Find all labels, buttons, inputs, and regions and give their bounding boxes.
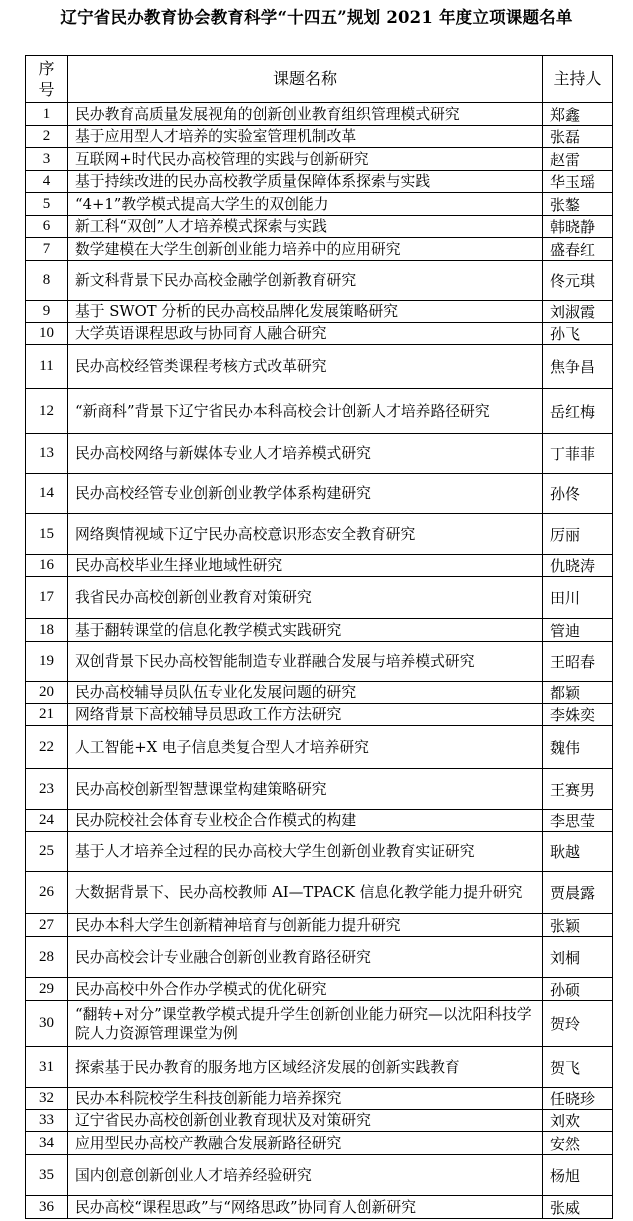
row-project-name: 基于翻转课堂的信息化教学模式实践研究	[68, 619, 543, 642]
row-host-name: 张鏊	[543, 193, 613, 216]
table-row: 21网络背景下高校辅导员思政工作方法研究李姝奕	[26, 704, 613, 726]
row-serial-number: 8	[26, 261, 68, 301]
row-host-name: 管迪	[543, 619, 613, 642]
row-project-name: 数学建模在大学生创新创业能力培养中的应用研究	[68, 238, 543, 261]
row-host-name: 韩晓静	[543, 216, 613, 238]
table-row: 19双创背景下民办高校智能制造专业群融合发展与培养模式研究王昭春	[26, 642, 613, 682]
row-host-name: 孙飞	[543, 323, 613, 345]
table-row: 8新文科背景下民办高校金融学创新教育研究佟元琪	[26, 261, 613, 301]
row-host-name: 刘淑霞	[543, 301, 613, 323]
table-row: 33辽宁省民办高校创新创业教育现状及对策研究刘欢	[26, 1110, 613, 1132]
row-serial-number: 24	[26, 810, 68, 832]
row-serial-number: 13	[26, 434, 68, 474]
table-row: 2基于应用型人才培养的实验室管理机制改革张磊	[26, 126, 613, 148]
row-host-name: 刘桐	[543, 937, 613, 978]
table-row: 5“4+1”教学模式提高大学生的双创能力张鏊	[26, 193, 613, 216]
row-serial-number: 20	[26, 682, 68, 704]
row-serial-number: 33	[26, 1110, 68, 1132]
row-host-name: 贺玲	[543, 1001, 613, 1047]
table-body: 1民办教育高质量发展视角的创新创业教育组织管理模式研究郑鑫2基于应用型人才培养的…	[26, 103, 613, 1219]
row-host-name: 仇晓涛	[543, 555, 613, 577]
row-serial-number: 19	[26, 642, 68, 682]
row-project-name: 大学英语课程思政与协同育人融合研究	[68, 323, 543, 345]
row-serial-number: 29	[26, 978, 68, 1001]
row-serial-number: 21	[26, 704, 68, 726]
row-host-name: 张威	[543, 1196, 613, 1219]
table-row: 34应用型民办高校产教融合发展新路径研究安然	[26, 1132, 613, 1155]
row-project-name: 民办高校辅导员队伍专业化发展问题的研究	[68, 682, 543, 704]
row-host-name: 杨旭	[543, 1155, 613, 1196]
row-project-name: 国内创意创新创业人才培养经验研究	[68, 1155, 543, 1196]
table-row: 25基于人才培养全过程的民办高校大学生创新创业教育实证研究耿越	[26, 832, 613, 872]
row-project-name: 民办高校网络与新媒体专业人才培养模式研究	[68, 434, 543, 474]
row-project-name: 新工科“双创”人才培养模式探索与实践	[68, 216, 543, 238]
row-serial-number: 10	[26, 323, 68, 345]
row-project-name: 应用型民办高校产教融合发展新路径研究	[68, 1132, 543, 1155]
row-serial-number: 18	[26, 619, 68, 642]
row-host-name: 田川	[543, 577, 613, 619]
header-serial-line1: 序	[38, 59, 54, 78]
header-serial-number: 序 号	[26, 56, 68, 103]
row-host-name: 王赛男	[543, 769, 613, 810]
row-serial-number: 26	[26, 872, 68, 914]
row-host-name: 李思莹	[543, 810, 613, 832]
row-project-name: 民办教育高质量发展视角的创新创业教育组织管理模式研究	[68, 103, 543, 126]
table-row: 10大学英语课程思政与协同育人融合研究孙飞	[26, 323, 613, 345]
row-host-name: 佟元琪	[543, 261, 613, 301]
project-list-table: 序 号 课题名称 主持人 1民办教育高质量发展视角的创新创业教育组织管理模式研究…	[25, 55, 613, 1219]
header-host: 主持人	[543, 56, 613, 103]
row-project-name: 民办高校毕业生择业地域性研究	[68, 555, 543, 577]
row-project-name: “4+1”教学模式提高大学生的双创能力	[68, 193, 543, 216]
row-host-name: 厉丽	[543, 514, 613, 555]
row-host-name: 孙硕	[543, 978, 613, 1001]
document-title: 辽宁省民办教育协会教育科学“十四五”规划 2021 年度立项课题名单	[0, 6, 633, 30]
row-serial-number: 5	[26, 193, 68, 216]
row-project-name: 互联网+时代民办高校管理的实践与创新研究	[68, 148, 543, 171]
row-host-name: 王昭春	[543, 642, 613, 682]
row-project-name: 大数据背景下、民办高校教师 AI—TPACK 信息化教学能力提升研究	[68, 872, 543, 914]
row-host-name: 岳红梅	[543, 389, 613, 434]
row-project-name: 民办本科大学生创新精神培育与创新能力提升研究	[68, 914, 543, 937]
table-row: 1民办教育高质量发展视角的创新创业教育组织管理模式研究郑鑫	[26, 103, 613, 126]
table-header-row: 序 号 课题名称 主持人	[26, 56, 613, 103]
row-project-name: 民办高校经管专业创新创业教学体系构建研究	[68, 474, 543, 514]
table-row: 6新工科“双创”人才培养模式探索与实践韩晓静	[26, 216, 613, 238]
row-serial-number: 12	[26, 389, 68, 434]
row-host-name: 贺飞	[543, 1047, 613, 1088]
table-row: 16民办高校毕业生择业地域性研究仇晓涛	[26, 555, 613, 577]
row-host-name: 赵雷	[543, 148, 613, 171]
table-row: 23民办高校创新型智慧课堂构建策略研究王赛男	[26, 769, 613, 810]
row-project-name: 网络背景下高校辅导员思政工作方法研究	[68, 704, 543, 726]
row-serial-number: 3	[26, 148, 68, 171]
table-row: 14民办高校经管专业创新创业教学体系构建研究孙佟	[26, 474, 613, 514]
row-serial-number: 34	[26, 1132, 68, 1155]
row-project-name: “新商科”背景下辽宁省民办本科高校会计创新人才培养路径研究	[68, 389, 543, 434]
row-project-name: 民办高校会计专业融合创新创业教育路径研究	[68, 937, 543, 978]
row-project-name: 新文科背景下民办高校金融学创新教育研究	[68, 261, 543, 301]
row-project-name: 基于人才培养全过程的民办高校大学生创新创业教育实证研究	[68, 832, 543, 872]
row-project-name: 基于 SWOT 分析的民办高校品牌化发展策略研究	[68, 301, 543, 323]
row-host-name: 郑鑫	[543, 103, 613, 126]
table-row: 11民办高校经管类课程考核方式改革研究焦争昌	[26, 345, 613, 389]
table-row: 9基于 SWOT 分析的民办高校品牌化发展策略研究刘淑霞	[26, 301, 613, 323]
row-host-name: 张磊	[543, 126, 613, 148]
row-serial-number: 36	[26, 1196, 68, 1219]
row-project-name: 我省民办高校创新创业教育对策研究	[68, 577, 543, 619]
row-project-name: 人工智能+X 电子信息类复合型人才培养研究	[68, 726, 543, 769]
table-row: 13民办高校网络与新媒体专业人才培养模式研究丁菲菲	[26, 434, 613, 474]
row-host-name: 华玉瑶	[543, 171, 613, 193]
row-host-name: 安然	[543, 1132, 613, 1155]
table-row: 26大数据背景下、民办高校教师 AI—TPACK 信息化教学能力提升研究贾晨露	[26, 872, 613, 914]
table-row: 18基于翻转课堂的信息化教学模式实践研究管迪	[26, 619, 613, 642]
table-row: 27民办本科大学生创新精神培育与创新能力提升研究张颖	[26, 914, 613, 937]
row-project-name: 探索基于民办教育的服务地方区域经济发展的创新实践教育	[68, 1047, 543, 1088]
row-serial-number: 1	[26, 103, 68, 126]
row-project-name: 民办院校社会体育专业校企合作模式的构建	[68, 810, 543, 832]
row-serial-number: 23	[26, 769, 68, 810]
row-project-name: 基于应用型人才培养的实验室管理机制改革	[68, 126, 543, 148]
table-row: 17我省民办高校创新创业教育对策研究田川	[26, 577, 613, 619]
row-serial-number: 35	[26, 1155, 68, 1196]
row-serial-number: 14	[26, 474, 68, 514]
row-host-name: 张颖	[543, 914, 613, 937]
row-host-name: 李姝奕	[543, 704, 613, 726]
row-project-name: 民办本科院校学生科技创新能力培养探究	[68, 1088, 543, 1110]
table-row: 35国内创意创新创业人才培养经验研究杨旭	[26, 1155, 613, 1196]
row-project-name: “翻转+对分”课堂教学模式提升学生创新创业能力研究—以沈阳科技学院人力资源管理课…	[68, 1001, 543, 1047]
row-host-name: 孙佟	[543, 474, 613, 514]
table-row: 22人工智能+X 电子信息类复合型人才培养研究魏伟	[26, 726, 613, 769]
row-serial-number: 16	[26, 555, 68, 577]
table-row: 7数学建模在大学生创新创业能力培养中的应用研究盛春红	[26, 238, 613, 261]
table-row: 20民办高校辅导员队伍专业化发展问题的研究都颖	[26, 682, 613, 704]
table-row: 3互联网+时代民办高校管理的实践与创新研究赵雷	[26, 148, 613, 171]
row-serial-number: 7	[26, 238, 68, 261]
table-row: 4基于持续改进的民办高校教学质量保障体系探索与实践华玉瑶	[26, 171, 613, 193]
row-serial-number: 11	[26, 345, 68, 389]
table-row: 32民办本科院校学生科技创新能力培养探究任晓珍	[26, 1088, 613, 1110]
row-serial-number: 28	[26, 937, 68, 978]
row-host-name: 魏伟	[543, 726, 613, 769]
row-project-name: 网络舆情视域下辽宁民办高校意识形态安全教育研究	[68, 514, 543, 555]
row-serial-number: 31	[26, 1047, 68, 1088]
table-row: 24民办院校社会体育专业校企合作模式的构建李思莹	[26, 810, 613, 832]
table-row: 30“翻转+对分”课堂教学模式提升学生创新创业能力研究—以沈阳科技学院人力资源管…	[26, 1001, 613, 1047]
table-row: 28民办高校会计专业融合创新创业教育路径研究刘桐	[26, 937, 613, 978]
row-host-name: 耿越	[543, 832, 613, 872]
row-serial-number: 32	[26, 1088, 68, 1110]
row-host-name: 刘欢	[543, 1110, 613, 1132]
row-host-name: 丁菲菲	[543, 434, 613, 474]
row-serial-number: 2	[26, 126, 68, 148]
table-row: 12“新商科”背景下辽宁省民办本科高校会计创新人才培养路径研究岳红梅	[26, 389, 613, 434]
row-host-name: 焦争昌	[543, 345, 613, 389]
row-serial-number: 4	[26, 171, 68, 193]
header-project-name: 课题名称	[68, 56, 543, 103]
row-serial-number: 9	[26, 301, 68, 323]
row-serial-number: 15	[26, 514, 68, 555]
table-row: 31探索基于民办教育的服务地方区域经济发展的创新实践教育贺飞	[26, 1047, 613, 1088]
row-serial-number: 22	[26, 726, 68, 769]
row-project-name: 民办高校中外合作办学模式的优化研究	[68, 978, 543, 1001]
table-row: 15网络舆情视域下辽宁民办高校意识形态安全教育研究厉丽	[26, 514, 613, 555]
row-host-name: 贾晨露	[543, 872, 613, 914]
row-serial-number: 17	[26, 577, 68, 619]
header-serial-line2: 号	[38, 80, 54, 99]
row-project-name: 基于持续改进的民办高校教学质量保障体系探索与实践	[68, 171, 543, 193]
row-project-name: 民办高校经管类课程考核方式改革研究	[68, 345, 543, 389]
row-serial-number: 25	[26, 832, 68, 872]
row-host-name: 任晓珍	[543, 1088, 613, 1110]
row-host-name: 都颖	[543, 682, 613, 704]
row-serial-number: 6	[26, 216, 68, 238]
row-project-name: 双创背景下民办高校智能制造专业群融合发展与培养模式研究	[68, 642, 543, 682]
row-serial-number: 30	[26, 1001, 68, 1047]
table-row: 36民办高校“课程思政”与“网络思政”协同育人创新研究张威	[26, 1196, 613, 1219]
row-project-name: 辽宁省民办高校创新创业教育现状及对策研究	[68, 1110, 543, 1132]
row-project-name: 民办高校创新型智慧课堂构建策略研究	[68, 769, 543, 810]
row-serial-number: 27	[26, 914, 68, 937]
row-project-name: 民办高校“课程思政”与“网络思政”协同育人创新研究	[68, 1196, 543, 1219]
row-host-name: 盛春红	[543, 238, 613, 261]
table-row: 29民办高校中外合作办学模式的优化研究孙硕	[26, 978, 613, 1001]
